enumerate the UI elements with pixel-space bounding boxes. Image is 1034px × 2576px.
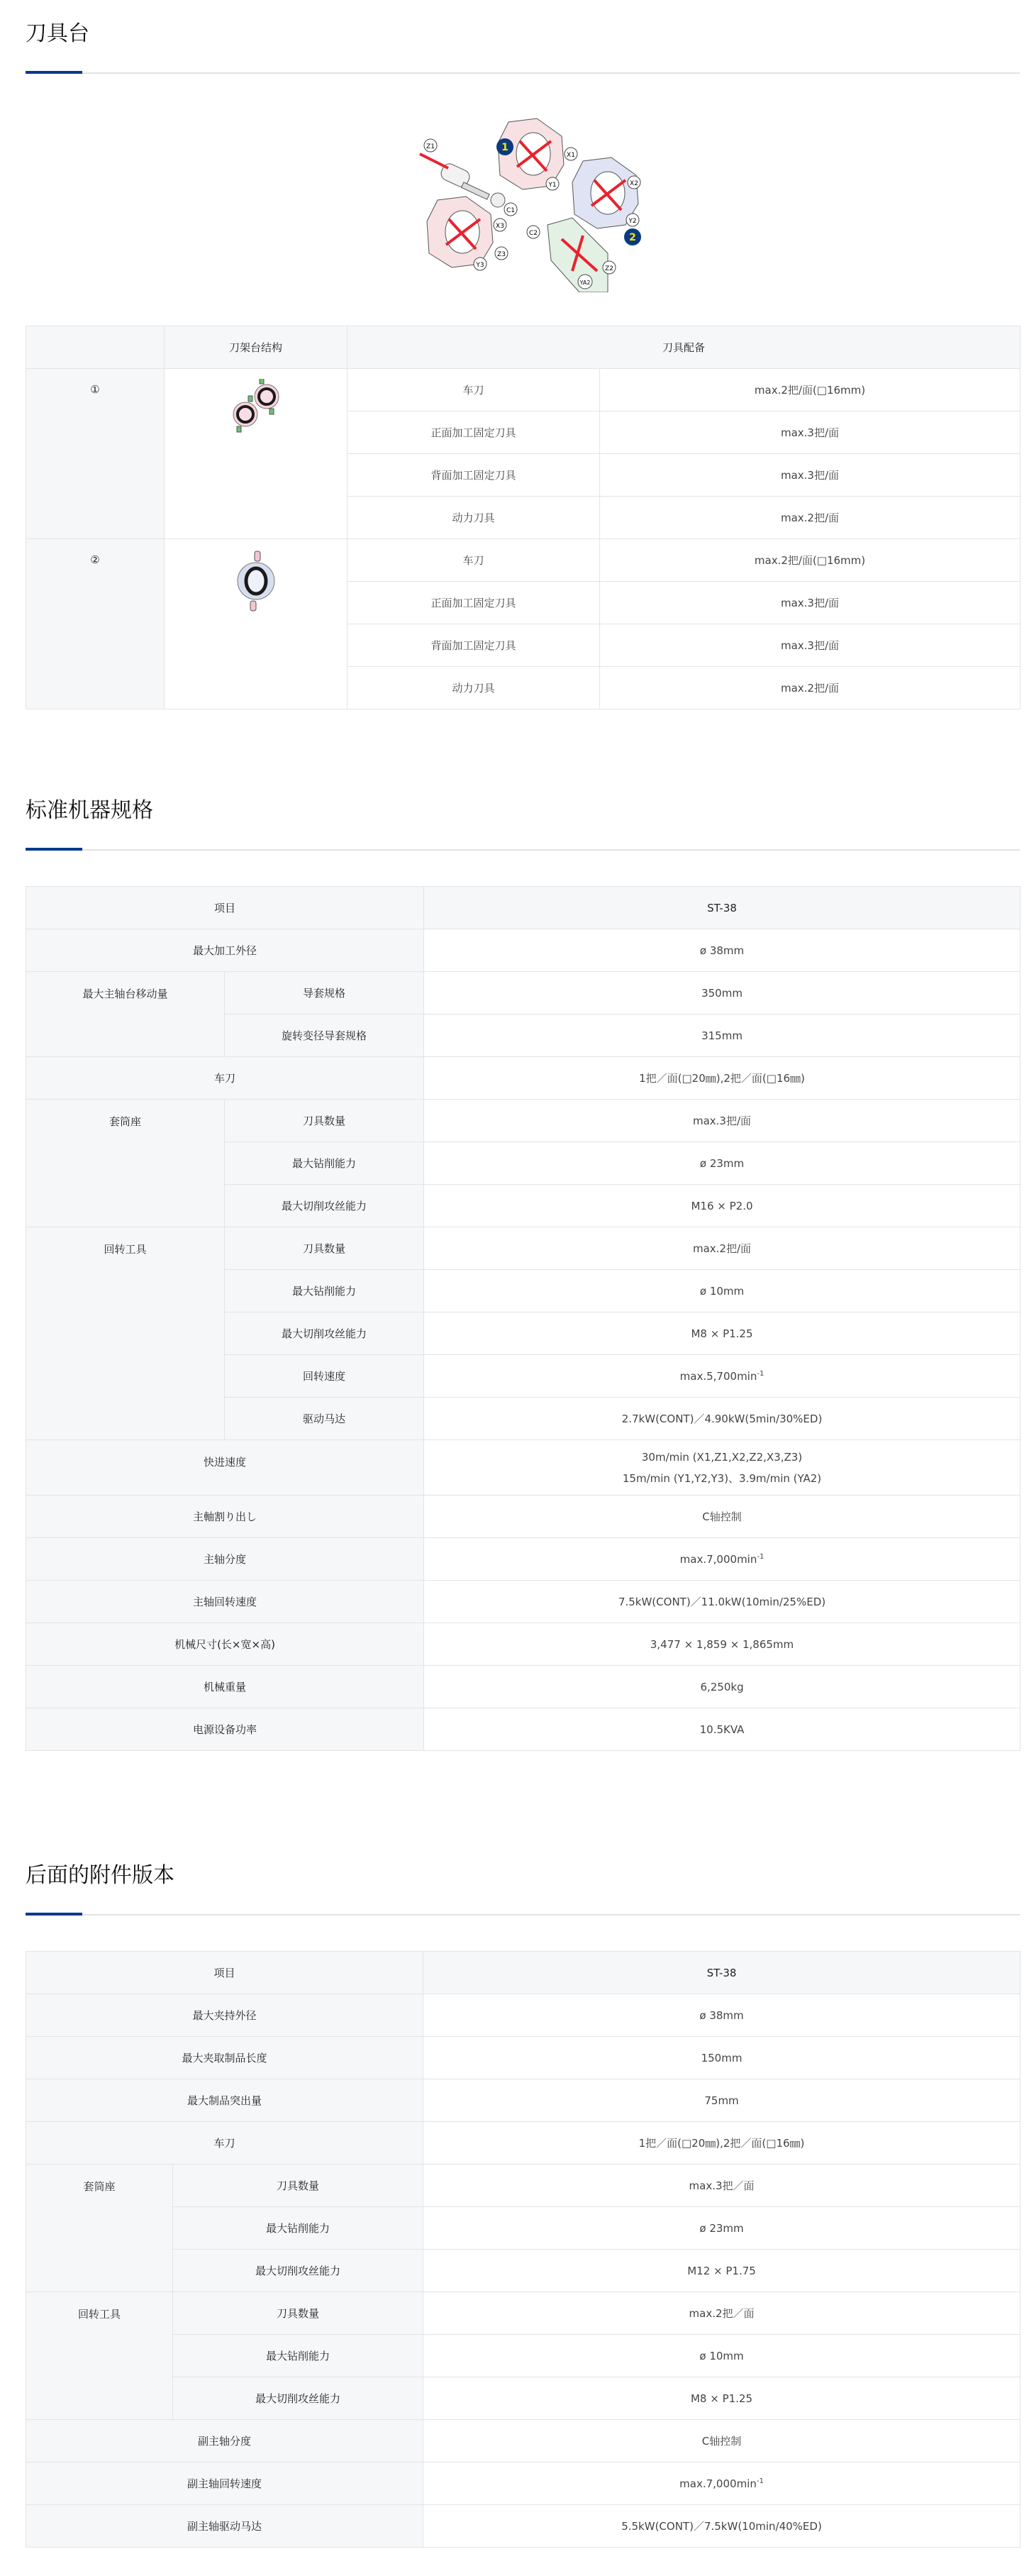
tool-item: 动力刀具	[348, 667, 600, 709]
table-row: 主轴回转速度 7.5kW(CONT)／11.0kW(10min/25%ED)	[26, 1581, 1021, 1623]
tool-item: 车刀	[348, 539, 600, 582]
page: 刀具台 X1 Y1 Z1 C1	[0, 0, 1034, 2576]
spec-label: 最大夹取制品长度	[26, 2037, 423, 2079]
table-row: 最大切削攻丝能力 M8 × P1.25	[26, 2377, 1021, 2420]
spec-value: 75mm	[423, 2079, 1021, 2122]
spec-value: ø 38mm	[423, 1994, 1021, 2037]
table-row: 机械尺寸(长×宽×高) 3,477 × 1,859 × 1,865mm	[26, 1623, 1021, 1666]
spec-value: 5.5kW(CONT)／7.5kW(10min/40%ED)	[423, 2505, 1021, 2548]
table-row: 电源设备功率 10.5KVA	[26, 1708, 1021, 1751]
spec-value: M16 × P2.0	[424, 1185, 1021, 1227]
spec-value: 30m/min (X1,Z1,X2,Z2,X3,Z3) 15m/min (Y1,…	[424, 1440, 1021, 1496]
spec-value: 3,477 × 1,859 × 1,865mm	[424, 1623, 1021, 1666]
tool-item: 动力刀具	[348, 497, 600, 539]
svg-text:X3: X3	[496, 223, 504, 230]
svg-text:1: 1	[501, 142, 508, 153]
svg-text:Z2: Z2	[605, 265, 613, 272]
tool-post-diagram: X1 Y1 Z1 C1 1 X3 Z3	[26, 74, 1020, 326]
standard-spec-table: 项目 ST-38 最大加工外径 ø 38mm 最大主轴台移动量 导套规格 350…	[26, 886, 1021, 1751]
tool-item: 正面加工固定刀具	[348, 582, 600, 624]
spec-label: 最大钻削能力	[173, 2335, 423, 2377]
divider-accent	[26, 848, 82, 851]
header-cell-model: ST-38	[423, 1952, 1021, 1994]
section-title-back-attachment: 后面的附件版本	[26, 1842, 1020, 1913]
spec-value: M8 × P1.25	[424, 1312, 1021, 1355]
spec-value: ø 23mm	[423, 2207, 1021, 2250]
spec-value: max.3把／面	[423, 2165, 1021, 2207]
spec-value: max.2把/面	[424, 1227, 1021, 1270]
spec-label: 刀具数量	[225, 1100, 424, 1142]
divider-line	[26, 72, 1020, 74]
table-row: 最大制品突出量 75mm	[26, 2079, 1021, 2122]
divider-accent	[26, 71, 82, 74]
table-row: 最大夹持外径 ø 38mm	[26, 1994, 1021, 2037]
table-row: ①	[26, 369, 1021, 411]
spec-value: M12 × P1.75	[423, 2250, 1021, 2292]
tool-value: max.2把/面(□16mm)	[600, 369, 1021, 411]
spec-value: max.2把／面	[423, 2292, 1021, 2335]
table-row: 最大钻削能力 ø 10mm	[26, 2335, 1021, 2377]
spec-label: 最大切削攻丝能力	[173, 2377, 423, 2420]
header-cell-equipment: 刀具配备	[348, 326, 1021, 369]
spec-label: 机械重量	[26, 1666, 424, 1708]
spec-value-text: max.7,000min	[680, 1553, 757, 1566]
tool-value: max.3把/面	[600, 454, 1021, 497]
spec-group-label: 套筒座	[26, 1100, 225, 1227]
single-turret-icon	[224, 549, 288, 613]
spec-value: C轴控制	[424, 1496, 1021, 1538]
tool-item: 正面加工固定刀具	[348, 411, 600, 454]
spec-value-superscript: -1	[757, 1553, 764, 1561]
spec-label: 主轴分度	[26, 1538, 424, 1581]
spec-label: 最大制品突出量	[26, 2079, 423, 2122]
section-title-standard-spec: 标准机器规格	[26, 777, 1020, 848]
svg-text:Y2: Y2	[628, 218, 636, 225]
tool-item: 背面加工固定刀具	[348, 624, 600, 667]
spec-group-label: 套筒座	[26, 2165, 173, 2292]
twin-turret-icon	[224, 379, 288, 436]
spec-label: 最大切削攻丝能力	[173, 2250, 423, 2292]
svg-text:C2: C2	[529, 230, 538, 237]
spec-label: 主軸割り出し	[26, 1496, 424, 1538]
spec-value: 10.5KVA	[424, 1708, 1021, 1751]
table-row: 副主轴驱动马达 5.5kW(CONT)／7.5kW(10min/40%ED)	[26, 2505, 1021, 2548]
spec-label: 副主轴回转速度	[26, 2462, 423, 2505]
spec-value: 6,250kg	[424, 1666, 1021, 1708]
group-id-1: ①	[26, 369, 165, 539]
title-divider	[26, 848, 1020, 851]
spec-label: 车刀	[26, 2122, 423, 2165]
spec-value: 1把／面(□20㎜),2把／面(□16㎜)	[423, 2122, 1021, 2165]
svg-text:Z1: Z1	[426, 143, 435, 150]
spec-label: 最大钻削能力	[225, 1142, 424, 1185]
table-row: 副主轴分度 C轴控制	[26, 2420, 1021, 2462]
spec-label: 车刀	[26, 1057, 424, 1100]
spec-value: max.5,700min-1	[424, 1355, 1021, 1398]
spec-label: 回转速度	[225, 1355, 424, 1398]
tool-post-table: 刀架台结构 刀具配备 ①	[26, 326, 1021, 709]
svg-text:2: 2	[629, 232, 636, 243]
tool-value: max.3把/面	[600, 582, 1021, 624]
table-header-row: 项目 ST-38	[26, 1952, 1021, 1994]
turret-structure-1	[165, 369, 348, 539]
tool-value: max.2把/面(□16mm)	[600, 539, 1021, 582]
table-row: ② 车刀 max.2把/面(□16mm)	[26, 539, 1021, 582]
svg-text:Y1: Y1	[547, 182, 556, 189]
spec-value: ø 10mm	[423, 2335, 1021, 2377]
table-row: 主轴分度 max.7,000min-1	[26, 1538, 1021, 1581]
section-title-tool-post: 刀具台	[26, 0, 1020, 71]
divider-line	[26, 1914, 1020, 1916]
spec-group-label: 回转工具	[26, 1227, 225, 1440]
rapid-line-1: 30m/min (X1,Z1,X2,Z2,X3,Z3)	[424, 1447, 1020, 1468]
header-cell-structure: 刀架台结构	[165, 326, 348, 369]
spec-value: ø 38mm	[424, 929, 1021, 972]
spec-label: 主轴回转速度	[26, 1581, 424, 1623]
title-divider	[26, 71, 1020, 74]
table-row: 回转工具 刀具数量 max.2把/面	[26, 1227, 1021, 1270]
spec-label: 最大钻削能力	[173, 2207, 423, 2250]
table-row: 车刀 1把／面(□20㎜),2把／面(□16㎜)	[26, 1057, 1021, 1100]
spec-group-label: 最大主轴台移动量	[26, 972, 225, 1057]
table-row: 车刀 1把／面(□20㎜),2把／面(□16㎜)	[26, 2122, 1021, 2165]
spec-value: ø 23mm	[424, 1142, 1021, 1185]
spec-label: 最大切削攻丝能力	[225, 1312, 424, 1355]
svg-text:C1: C1	[506, 207, 515, 214]
table-row: 最大切削攻丝能力 M12 × P1.75	[26, 2250, 1021, 2292]
spec-value-text: max.7,000min	[679, 2477, 757, 2490]
tool-value: max.3把/面	[600, 411, 1021, 454]
spec-value-superscript: -1	[757, 2477, 764, 2485]
table-row: 主軸割り出し C轴控制	[26, 1496, 1021, 1538]
spec-group-label: 回转工具	[26, 2292, 173, 2420]
tool-value: max.3把/面	[600, 624, 1021, 667]
tool-value: max.2把/面	[600, 497, 1021, 539]
spec-label: 刀具数量	[173, 2292, 423, 2335]
title-divider	[26, 1913, 1020, 1916]
table-row: 套筒座 刀具数量 max.3把/面	[26, 1100, 1021, 1142]
header-cell-item: 项目	[26, 887, 424, 929]
table-row: 机械重量 6,250kg	[26, 1666, 1021, 1708]
svg-text:YA2: YA2	[579, 280, 591, 286]
table-row: 回转工具 刀具数量 max.2把／面	[26, 2292, 1021, 2335]
spec-value: C轴控制	[423, 2420, 1021, 2462]
spec-label: 导套规格	[225, 972, 424, 1015]
spec-label: 驱动马达	[225, 1398, 424, 1440]
table-row: 副主轴回转速度 max.7,000min-1	[26, 2462, 1021, 2505]
spec-label: 旋转变径导套规格	[225, 1015, 424, 1057]
spec-label: 最大切削攻丝能力	[225, 1185, 424, 1227]
spec-value: max.7,000min-1	[423, 2462, 1021, 2505]
turret-structure-2	[165, 539, 348, 709]
group-id-2: ②	[26, 539, 165, 709]
spec-label: 快进速度	[26, 1440, 424, 1496]
table-row: 套筒座 刀具数量 max.3把／面	[26, 2165, 1021, 2207]
spec-value: 7.5kW(CONT)／11.0kW(10min/25%ED)	[424, 1581, 1021, 1623]
spec-value: 2.7kW(CONT)／4.90kW(5min/30%ED)	[424, 1398, 1021, 1440]
spec-value: ø 10mm	[424, 1270, 1021, 1312]
table-row: 最大夹取制品长度 150mm	[26, 2037, 1021, 2079]
header-cell-blank	[26, 326, 165, 369]
spec-value: 350mm	[424, 972, 1021, 1015]
tool-item: 背面加工固定刀具	[348, 454, 600, 497]
header-cell-item: 项目	[26, 1952, 423, 1994]
spec-value: max.3把/面	[424, 1100, 1021, 1142]
table-row: 最大主轴台移动量 导套规格 350mm	[26, 972, 1021, 1015]
svg-text:Z3: Z3	[497, 251, 506, 258]
spec-value: max.7,000min-1	[424, 1538, 1021, 1581]
divider-line	[26, 849, 1020, 851]
svg-text:X2: X2	[630, 180, 638, 187]
tool-item: 车刀	[348, 369, 600, 411]
table-header-row: 刀架台结构 刀具配备	[26, 326, 1021, 369]
back-attachment-table: 项目 ST-38 最大夹持外径 ø 38mm 最大夹取制品长度 150mm 最大…	[26, 1951, 1021, 2548]
spec-label: 最大夹持外径	[26, 1994, 423, 2037]
spec-value: 315mm	[424, 1015, 1021, 1057]
spec-label: 电源设备功率	[26, 1708, 424, 1751]
table-header-row: 项目 ST-38	[26, 887, 1021, 929]
spec-label: 刀具数量	[225, 1227, 424, 1270]
spec-label: 刀具数量	[173, 2165, 423, 2207]
spec-label: 副主轴驱动马达	[26, 2505, 423, 2548]
header-cell-model: ST-38	[424, 887, 1021, 929]
svg-text:Y3: Y3	[475, 262, 484, 269]
spec-label: 最大钻削能力	[225, 1270, 424, 1312]
table-row: 最大加工外径 ø 38mm	[26, 929, 1021, 972]
table-row: 快进速度 30m/min (X1,Z1,X2,Z2,X3,Z3) 15m/min…	[26, 1440, 1021, 1496]
divider-accent	[26, 1913, 82, 1916]
svg-text:X1: X1	[567, 152, 575, 159]
spec-value-text: max.5,700min	[680, 1370, 757, 1383]
spec-label: 最大加工外径	[26, 929, 424, 972]
spec-value: M8 × P1.25	[423, 2377, 1021, 2420]
spec-label: 副主轴分度	[26, 2420, 423, 2462]
spec-value: 1把／面(□20㎜),2把／面(□16㎜)	[424, 1057, 1021, 1100]
tool-value: max.2把/面	[600, 667, 1021, 709]
spec-value: 150mm	[423, 2037, 1021, 2079]
rapid-line-2: 15m/min (Y1,Y2,Y3)、3.9m/min (YA2)	[424, 1468, 1020, 1489]
turret-axes-diagram-icon: X1 Y1 Z1 C1 1 X3 Z3	[388, 108, 657, 292]
table-row: 最大钻削能力 ø 23mm	[26, 2207, 1021, 2250]
spec-label: 机械尺寸(长×宽×高)	[26, 1623, 424, 1666]
spec-value-superscript: -1	[757, 1370, 764, 1378]
